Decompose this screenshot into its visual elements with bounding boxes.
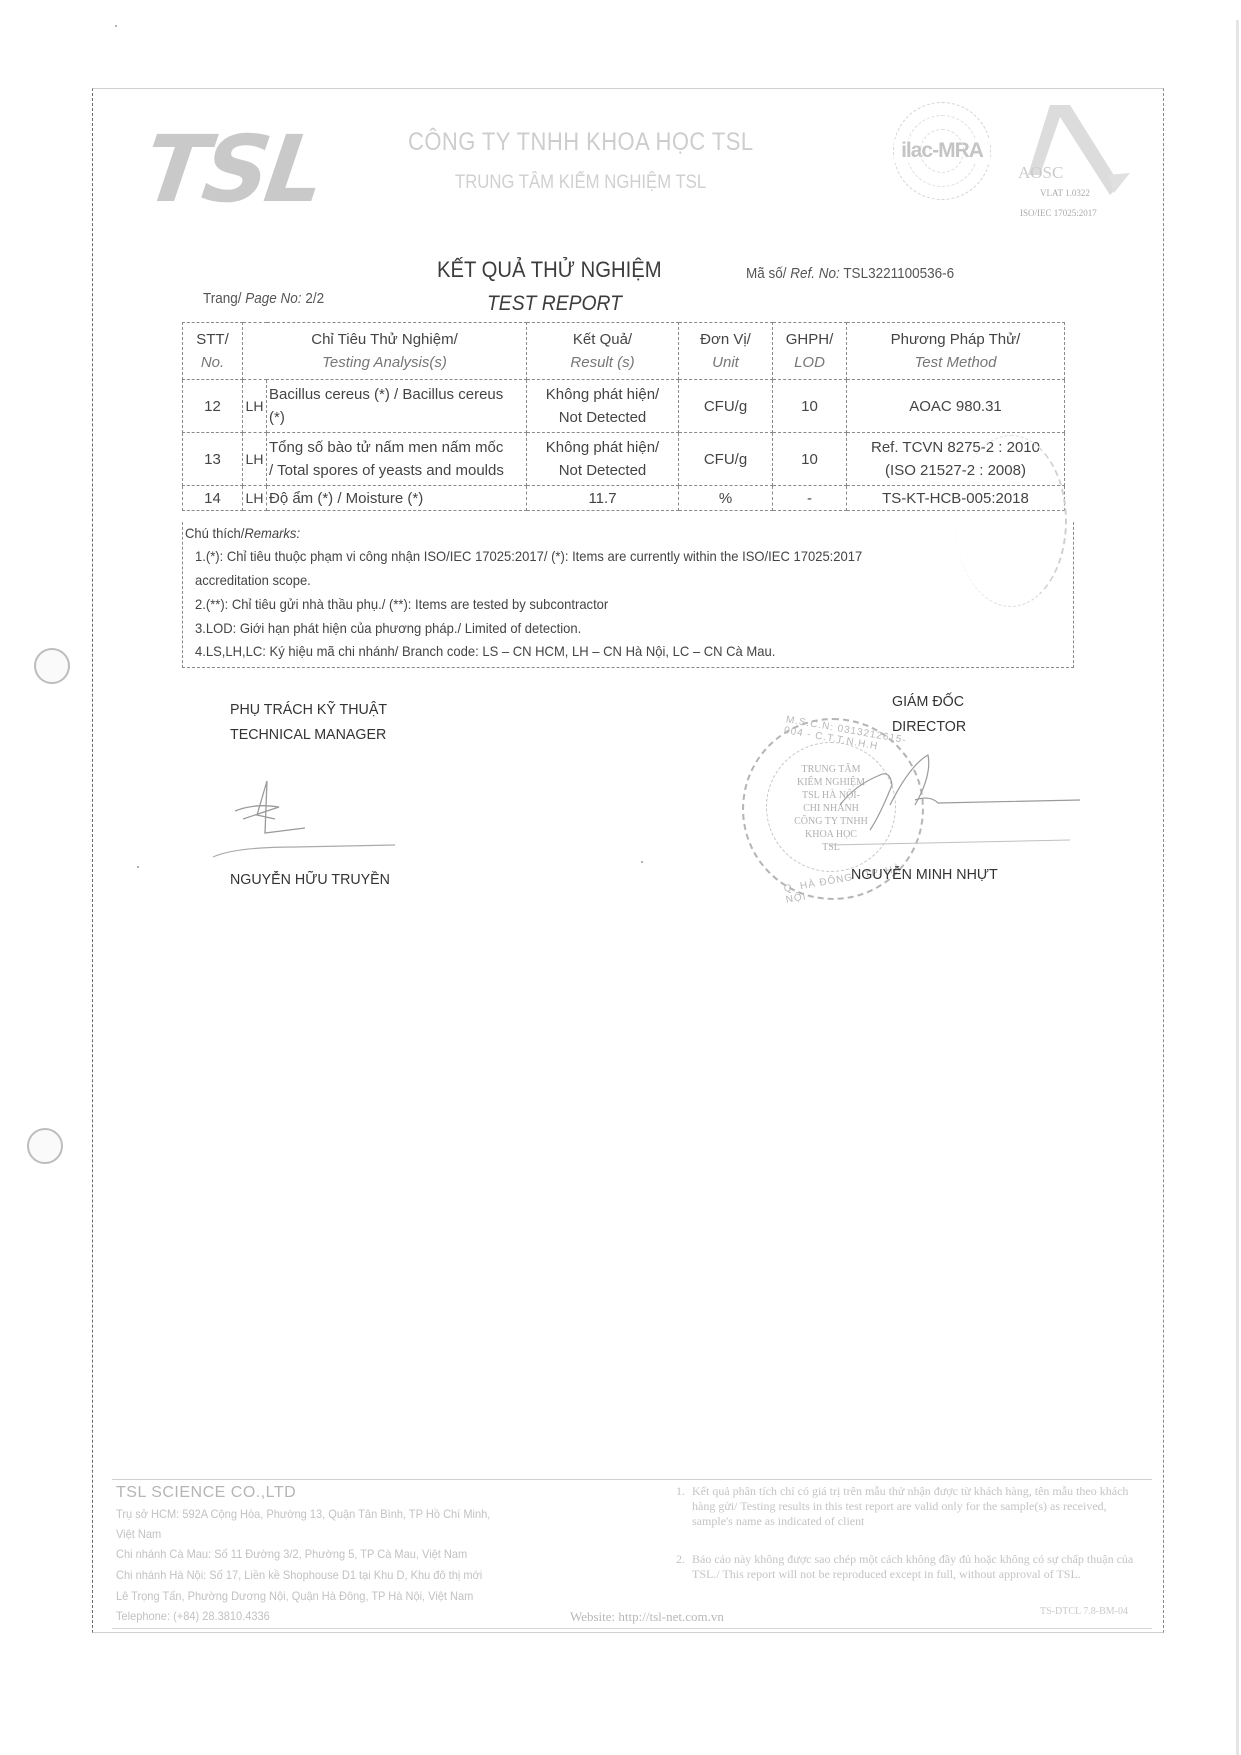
form-code: TS-DTCL 7.8-BM-04: [1040, 1606, 1128, 1617]
cell-unit: %: [679, 486, 773, 511]
footer-address: Chi nhánh Hà Nội: Số 17, Liền kề Shophou…: [116, 1568, 482, 1582]
director-title-vi: GIÁM ĐỐC: [892, 693, 964, 710]
page-number: Trang/ Page No: 2/2: [203, 290, 324, 307]
footer-company: TSL SCIENCE CO.,LTD: [116, 1484, 296, 1502]
center-name: TRUNG TÂM KIỂM NGHIỆM TSL: [455, 172, 706, 194]
cell-result: Không phát hiện/Not Detected: [527, 433, 679, 486]
table-row: 14 LH Độ ẩm (*) / Moisture (*) 11.7 % - …: [183, 486, 1065, 511]
cell-unit: CFU/g: [679, 380, 773, 433]
report-title: KẾT QUẢ THỬ NGHIỆM: [437, 257, 662, 283]
footer-website-link[interactable]: Website: http://tsl-net.com.vn: [570, 1609, 724, 1625]
reference-number: Mã số/ Ref. No: TSL3221100536-6: [746, 265, 954, 282]
remarks-box: Chú thích/Remarks: 1.(*): Chỉ tiêu thuộc…: [182, 522, 1074, 668]
header-unit: Đơn Vị/Unit: [679, 323, 773, 380]
cell-unit: CFU/g: [679, 433, 773, 486]
footer-telephone: Telephone: (+84) 28.3810.4336: [116, 1609, 270, 1623]
footer-address: Trụ sở HCM: 592A Cộng Hòa, Phường 13, Qu…: [116, 1507, 490, 1521]
footer-address: Lê Trọng Tấn, Phường Dương Nội, Quận Hà …: [116, 1589, 473, 1603]
scan-speck: [115, 25, 117, 27]
page-label-vi: Trang/: [203, 290, 242, 307]
footer-note: 2.Báo cáo này không được sao chép một cá…: [692, 1552, 1148, 1582]
director-signature-icon: [820, 745, 1090, 855]
cell-analysis: Tổng số bào tử nấm men nấm mốc/ Total sp…: [267, 433, 527, 486]
header-method: Phương Pháp Thử/Test Method: [847, 323, 1065, 380]
ilac-mra-logo: ilac-MRA: [893, 102, 991, 200]
footer-address: Chi nhánh Cà Mau: Số 11 Đường 3/2, Phườn…: [116, 1547, 467, 1561]
cell-no: 14: [183, 486, 243, 511]
cell-analysis: Độ ẩm (*) / Moisture (*): [267, 486, 527, 511]
cell-analysis: Bacillus cereus (*) / Bacillus cereus(*): [267, 380, 527, 433]
remark-item: 2.(**): Chỉ tiêu gửi nhà thầu phụ./ (**)…: [195, 596, 608, 612]
cell-branch: LH: [243, 380, 267, 433]
header-no: STT/No.: [183, 323, 243, 380]
remark-item: 4.LS,LH,LC: Ký hiệu mã chi nhánh/ Branch…: [195, 643, 775, 659]
cell-branch: LH: [243, 486, 267, 511]
tech-manager-name: NGUYỄN HỮU TRUYỀN: [230, 871, 390, 888]
director-name: NGUYỄN MINH NHỰT: [851, 866, 998, 883]
tsl-logo: TSL: [139, 124, 328, 216]
remark-item: 1.(*): Chỉ tiêu thuộc phạm vi công nhận …: [195, 548, 862, 564]
aosc-code: VLAT 1.0322: [1040, 188, 1090, 198]
company-name: CÔNG TY TNHH KHOA HỌC TSL: [408, 128, 754, 157]
cell-no: 13: [183, 433, 243, 486]
punch-hole: [34, 648, 70, 684]
ref-value: TSL3221100536-6: [843, 265, 954, 282]
cell-lod: 10: [773, 380, 847, 433]
director-title-en: DIRECTOR: [892, 718, 966, 735]
cell-result: Không phát hiện/Not Detected: [527, 380, 679, 433]
cell-lod: -: [773, 486, 847, 511]
cell-no: 12: [183, 380, 243, 433]
ref-label-en: Ref. No:: [790, 265, 840, 282]
ilac-mra-label: ilac-MRA: [894, 139, 990, 163]
table-header-row: STT/No. Chỉ Tiêu Thử Nghiệm/Testing Anal…: [183, 323, 1065, 380]
cell-lod: 10: [773, 433, 847, 486]
remarks-title: Chú thích/Remarks:: [185, 525, 300, 541]
page-label-en: Page No:: [245, 290, 301, 307]
header-analysis: Chỉ Tiêu Thử Nghiệm/Testing Analysis(s): [243, 323, 527, 380]
cell-result: 11.7: [527, 486, 679, 511]
footer-bottom-rule: [112, 1628, 1152, 1629]
results-table: STT/No. Chỉ Tiêu Thử Nghiệm/Testing Anal…: [182, 322, 1065, 511]
cell-method: AOAC 980.31: [847, 380, 1065, 433]
iso-label: ISO/IEC 17025:2017: [1020, 208, 1097, 218]
cell-branch: LH: [243, 433, 267, 486]
ref-label-vi: Mã số/: [746, 265, 787, 282]
footer-note: 1.Kết quả phân tích chỉ có giá trị trên …: [692, 1484, 1148, 1529]
footer-divider: [112, 1479, 1152, 1480]
tech-manager-title-vi: PHỤ TRÁCH KỸ THUẬT: [230, 701, 387, 718]
table-row: 13 LH Tổng số bào tử nấm men nấm mốc/ To…: [183, 433, 1065, 486]
table-row: 12 LH Bacillus cereus (*) / Bacillus cer…: [183, 380, 1065, 433]
header-lod: GHPH/LOD: [773, 323, 847, 380]
tech-manager-signature-icon: [205, 775, 405, 870]
remark-item: 3.LOD: Giới hạn phát hiện của phương phá…: [195, 620, 581, 636]
aosc-label: AOSC: [1018, 163, 1063, 183]
remark-item: accreditation scope.: [195, 572, 311, 588]
report-title-en: TEST REPORT: [487, 292, 622, 316]
header-result: Kết Quả/Result (s): [527, 323, 679, 380]
footer-address: Việt Nam: [116, 1527, 161, 1541]
punch-hole: [27, 1128, 63, 1164]
tech-manager-title-en: TECHNICAL MANAGER: [230, 726, 386, 743]
page-value: 2/2: [305, 290, 324, 307]
stamp-partial: [955, 435, 1067, 607]
page-edge: [1236, 20, 1239, 1755]
